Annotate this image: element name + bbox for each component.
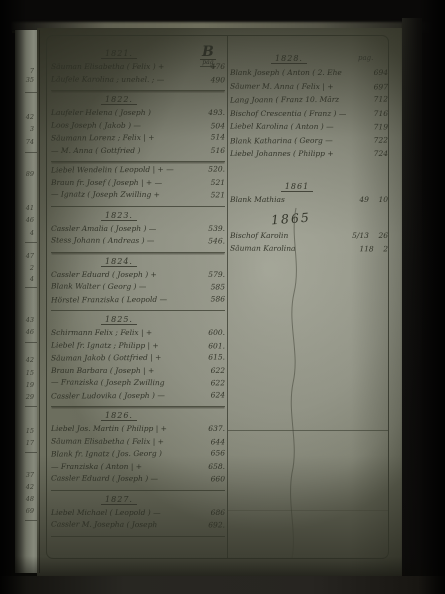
paper-crease-mark [37, 28, 402, 576]
margin-page-number: 17 [26, 440, 34, 447]
margin-page-number: 74 [26, 139, 34, 146]
margin-page-number: 3 [30, 126, 34, 133]
photographed-ledger-page: 7354237489414644724434642151929151737424… [0, 0, 445, 594]
index-letter: B [200, 45, 216, 60]
margin-page-number: 48 [26, 496, 34, 503]
bottom-page-shadow [0, 556, 445, 578]
margin-rule-tick [25, 406, 37, 407]
margin-rule-tick [25, 342, 37, 343]
margin-rule-tick [25, 242, 37, 243]
page-fold-line [39, 30, 40, 573]
margin-page-number: 41 [26, 205, 34, 212]
margin-page-number: 47 [26, 253, 34, 260]
margin-rule-tick [25, 152, 37, 153]
index-letter-subscript: pag [200, 60, 216, 67]
margin-page-number: 69 [26, 508, 34, 515]
margin-page-number: 43 [26, 317, 34, 324]
margin-page-number: 89 [26, 171, 34, 178]
margin-page-number: 46 [26, 217, 34, 224]
margin-page-number: 42 [26, 484, 34, 491]
previous-page-sliver: 7354237489414644724434642151929151737424… [15, 30, 38, 573]
margin-page-number: 19 [26, 382, 34, 389]
margin-page-number: 46 [26, 329, 34, 336]
margin-page-number: 4 [30, 276, 34, 283]
margin-page-number: 35 [26, 77, 34, 84]
margin-rule-tick [25, 452, 37, 453]
margin-rule-tick [25, 92, 37, 93]
pag-column-label: pag. [358, 54, 373, 62]
margin-page-number: 7 [30, 68, 34, 75]
margin-page-number: 37 [26, 472, 34, 479]
margin-page-number: 15 [26, 370, 34, 377]
margin-page-number: 29 [26, 394, 34, 401]
margin-page-number: 4 [30, 230, 34, 237]
index-letter-header: B pag [200, 41, 216, 67]
margin-page-number: 42 [26, 114, 34, 121]
margin-rule-tick [25, 287, 37, 288]
register-page: B pag pag. 1821.Säuman Elisabetha ( Feli… [37, 28, 402, 576]
bottom-frame-band [0, 576, 445, 594]
right-vignette [400, 0, 445, 594]
margin-page-number: 15 [26, 428, 34, 435]
margin-page-number: 2 [30, 265, 34, 272]
margin-rule-tick [25, 520, 37, 521]
margin-page-number: 42 [26, 357, 34, 364]
